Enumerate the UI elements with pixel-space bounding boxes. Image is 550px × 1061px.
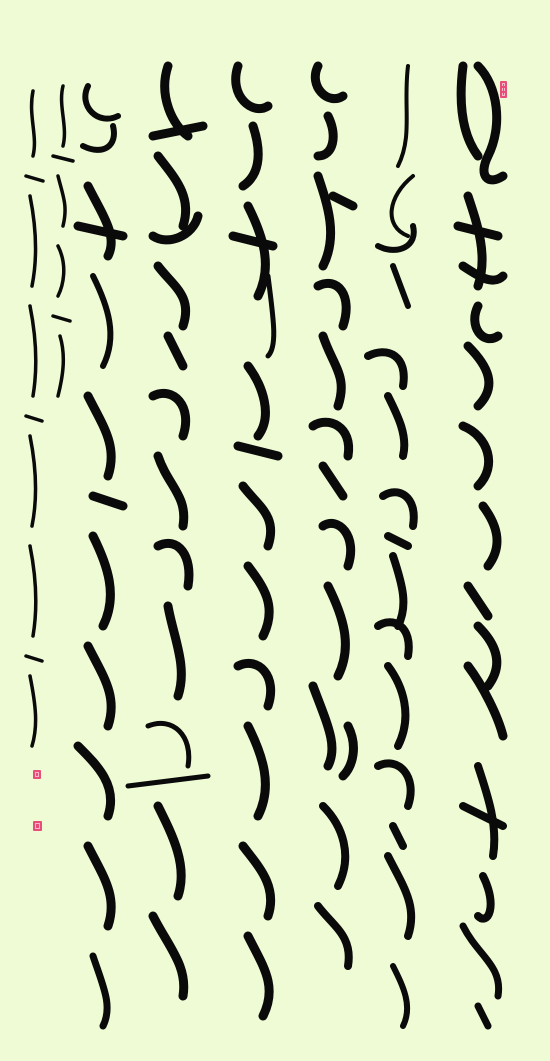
- signature-seal-2: [33, 821, 42, 831]
- column-6: [78, 86, 123, 1026]
- brushwork: [8, 26, 508, 1036]
- column-3: [313, 66, 353, 966]
- calligraphy-scroll: [8, 26, 508, 1036]
- top-right-leisure-seal: [500, 81, 507, 98]
- column-4: [233, 66, 278, 1016]
- column-1: [458, 66, 503, 1026]
- column-5: [128, 66, 208, 996]
- signature-seal-1: [33, 770, 41, 779]
- column-2: [368, 66, 414, 1026]
- artwork-caption: Cursive-script calligraphy with seven ma…: [0, 0, 1, 1]
- inscription: [26, 86, 73, 746]
